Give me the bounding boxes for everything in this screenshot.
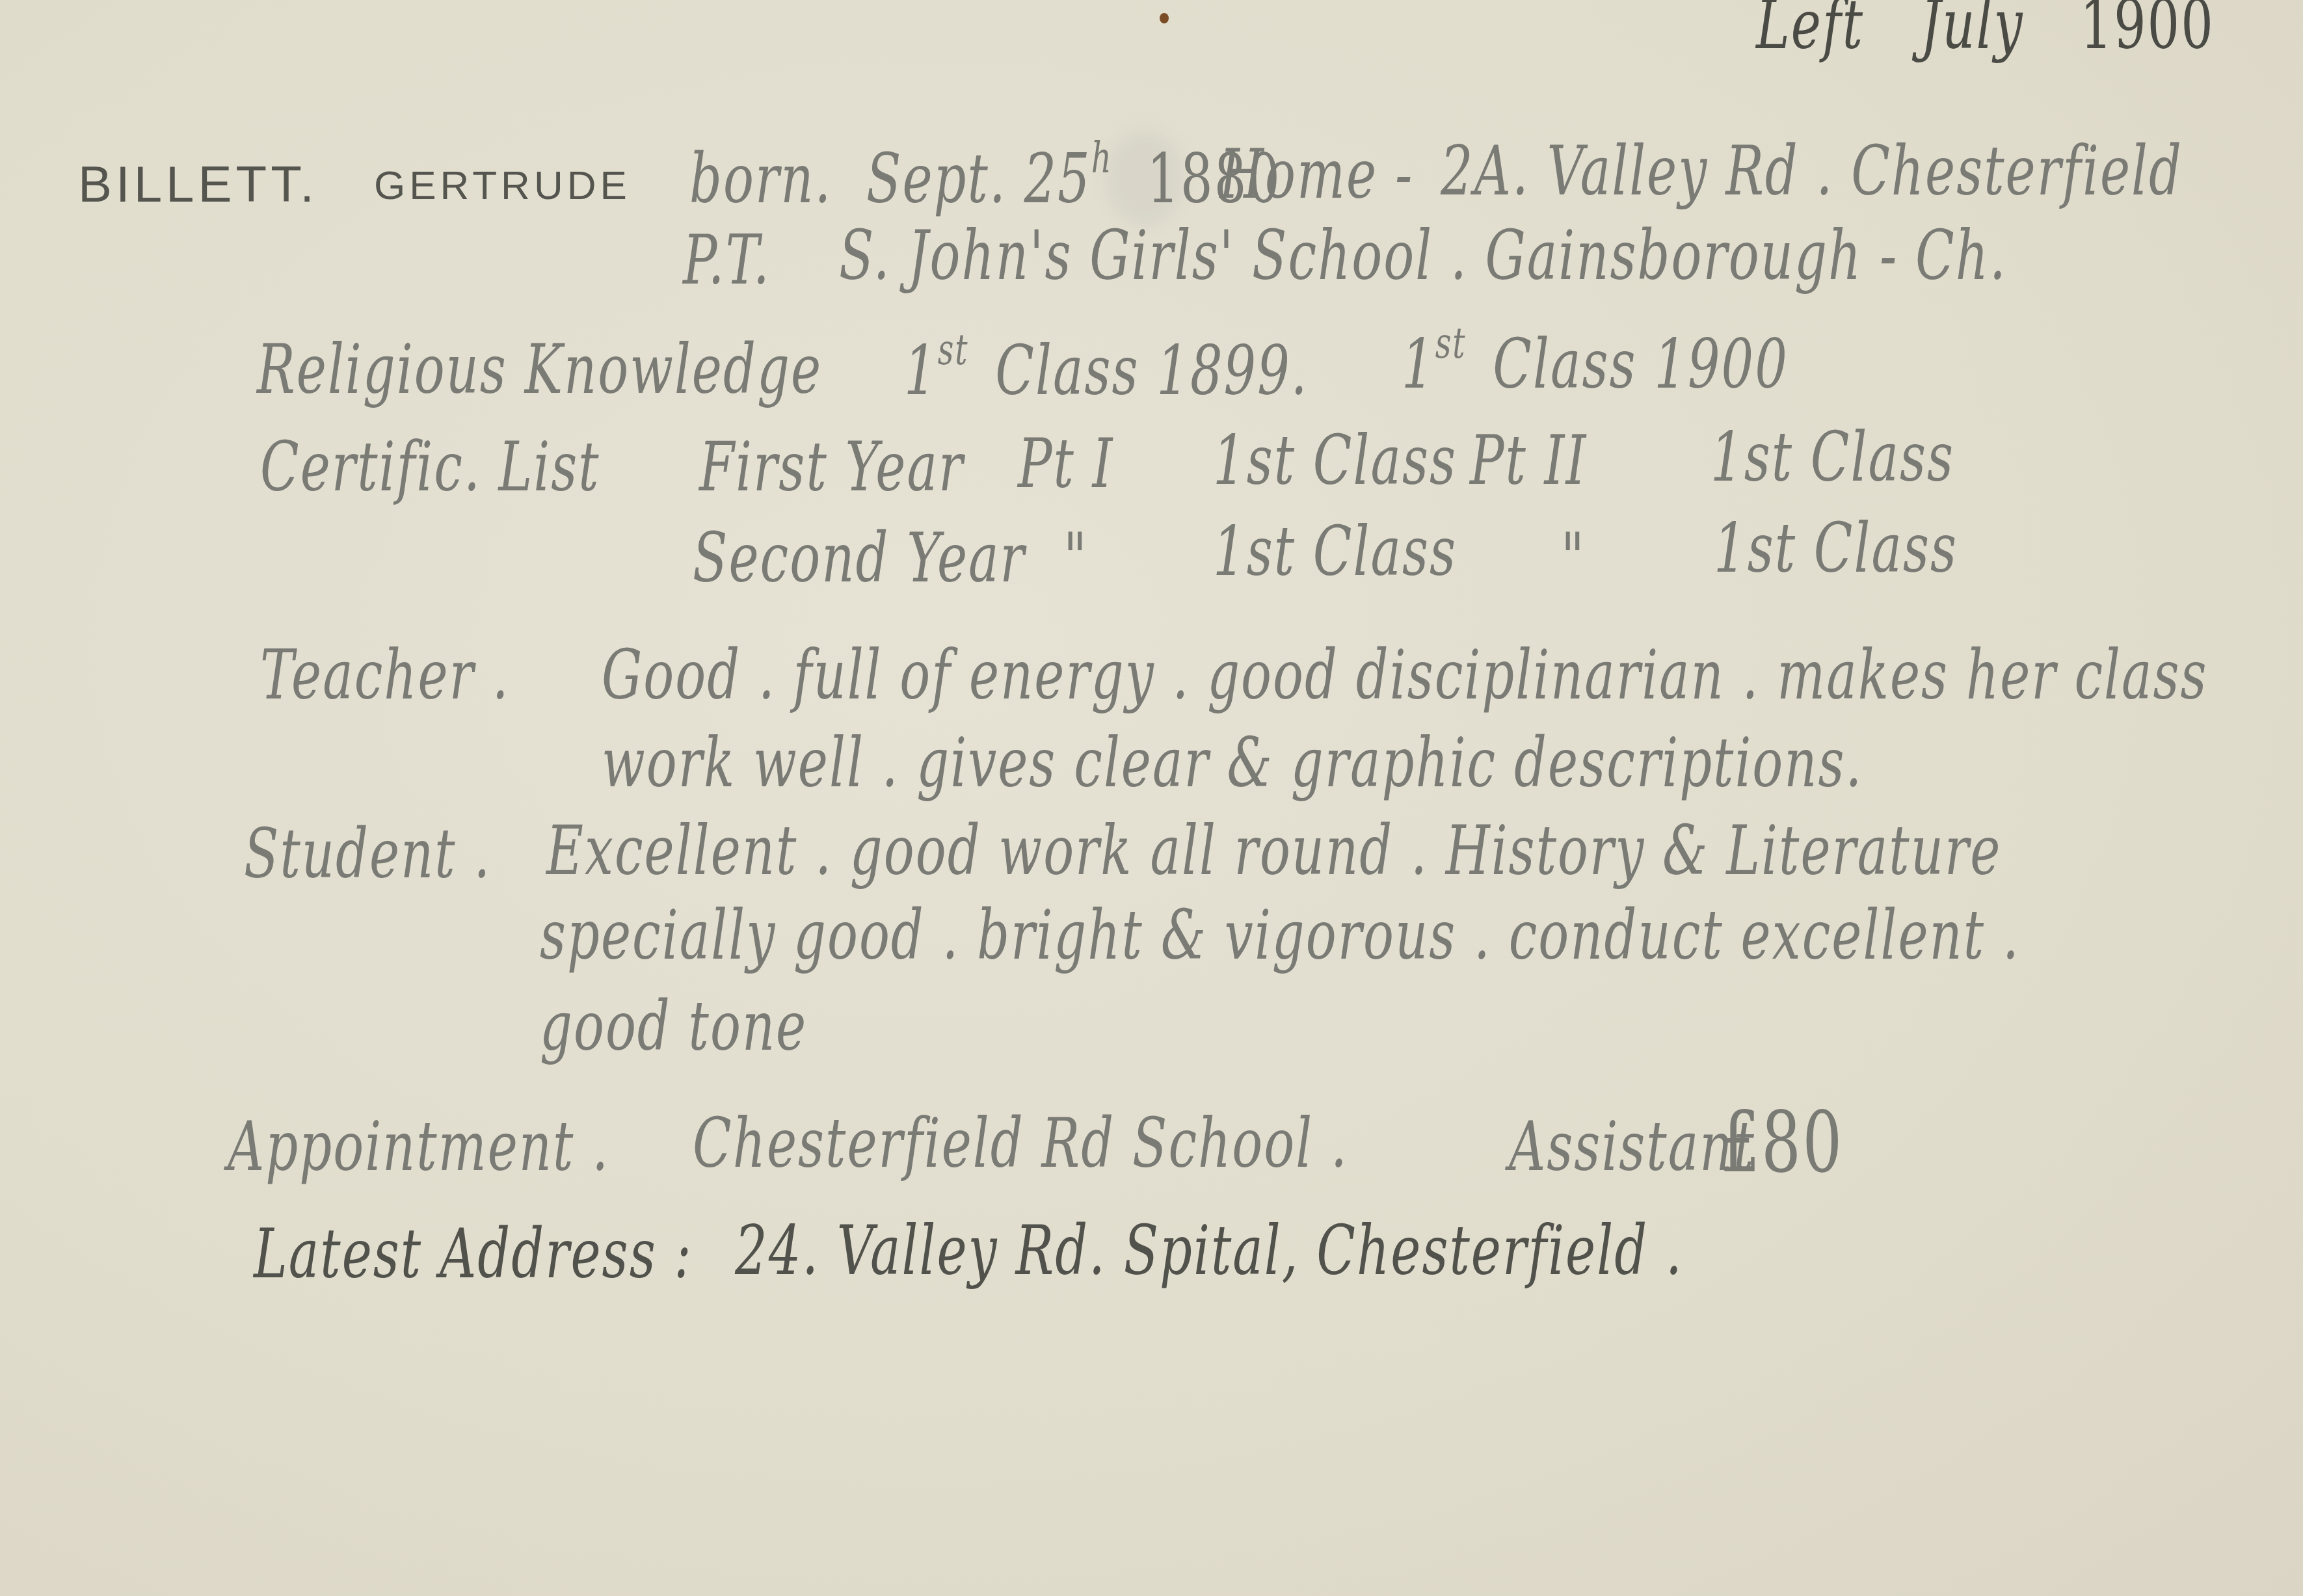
latest-address-label: Latest Address : — [254, 1216, 693, 1295]
home-label: Home - — [1219, 136, 1413, 215]
born-date: Sept. 25 — [866, 140, 1091, 220]
born-line: born. Sept. 25h 1880 — [689, 134, 1281, 219]
religious-knowledge-1899: 1st Class 1899. — [904, 326, 1309, 411]
appointment-label: Appointment . — [228, 1108, 609, 1188]
second-year-label: Second Year — [693, 520, 1026, 599]
first-year-pt1-value: 1st Class — [1213, 422, 1457, 501]
first-year-pt2-value: 1st Class — [1711, 419, 1954, 498]
appointment-salary: £80 — [1720, 1093, 1843, 1191]
first-year-pt1-label: Pt I — [1018, 425, 1113, 505]
student-label: Student . — [244, 816, 491, 895]
left-month: July — [1921, 0, 2024, 65]
appointment-school: Chesterfield Rd School . — [693, 1105, 1348, 1184]
born-suffix: h — [1091, 134, 1113, 183]
teacher-label: Teacher . — [260, 637, 510, 716]
religious-knowledge-1900: 1st Class 1900 — [1402, 319, 1789, 405]
teacher-comment-line-2: work well . gives clear & graphic descri… — [602, 725, 1863, 804]
first-year-pt2-label: Pt II — [1470, 422, 1587, 501]
student-comment-line-1: Excellent . good work all round . Histor… — [546, 812, 2001, 892]
student-comment-line-3: good tone — [540, 988, 807, 1067]
religious-knowledge-label: Religious Knowledge — [257, 331, 822, 410]
second-year-pt1-value: 1st Class — [1213, 513, 1457, 592]
second-year-pt2-value: 1st Class — [1714, 510, 1958, 589]
record-card: Left July 1900 BILLETT. GERTRUDE born. S… — [0, 0, 2303, 1596]
appointment-position: Assistant — [1509, 1108, 1755, 1188]
left-label: Left — [1756, 0, 1864, 65]
second-year-pt1-ditto: " — [1063, 520, 1088, 599]
teacher-comment-line-1: Good . full of energy . good disciplinar… — [602, 637, 2208, 716]
latest-address-value: 24. Valley Rd. Spital, Chesterfield . — [735, 1212, 1683, 1292]
born-label: born. — [689, 140, 832, 220]
left-note: Left July 1900 — [1756, 0, 2215, 65]
pt-label: P.T. — [683, 222, 771, 301]
forename: GERTRUDE — [374, 163, 631, 209]
first-year-label: First Year — [699, 429, 964, 508]
home-address: 2A. Valley Rd . Chesterfield — [1441, 133, 2183, 212]
certific-list-label: Certific. List — [260, 429, 600, 508]
ink-spot — [1160, 13, 1169, 23]
left-year: 1900 — [2080, 0, 2215, 65]
surname: BILLETT. — [78, 155, 318, 214]
student-comment-line-2: specially good . bright & vigorous . con… — [540, 897, 2020, 976]
second-year-pt2-ditto: " — [1561, 520, 1586, 599]
pt-school: S. John's Girls' School . Gainsborough -… — [839, 217, 2007, 297]
